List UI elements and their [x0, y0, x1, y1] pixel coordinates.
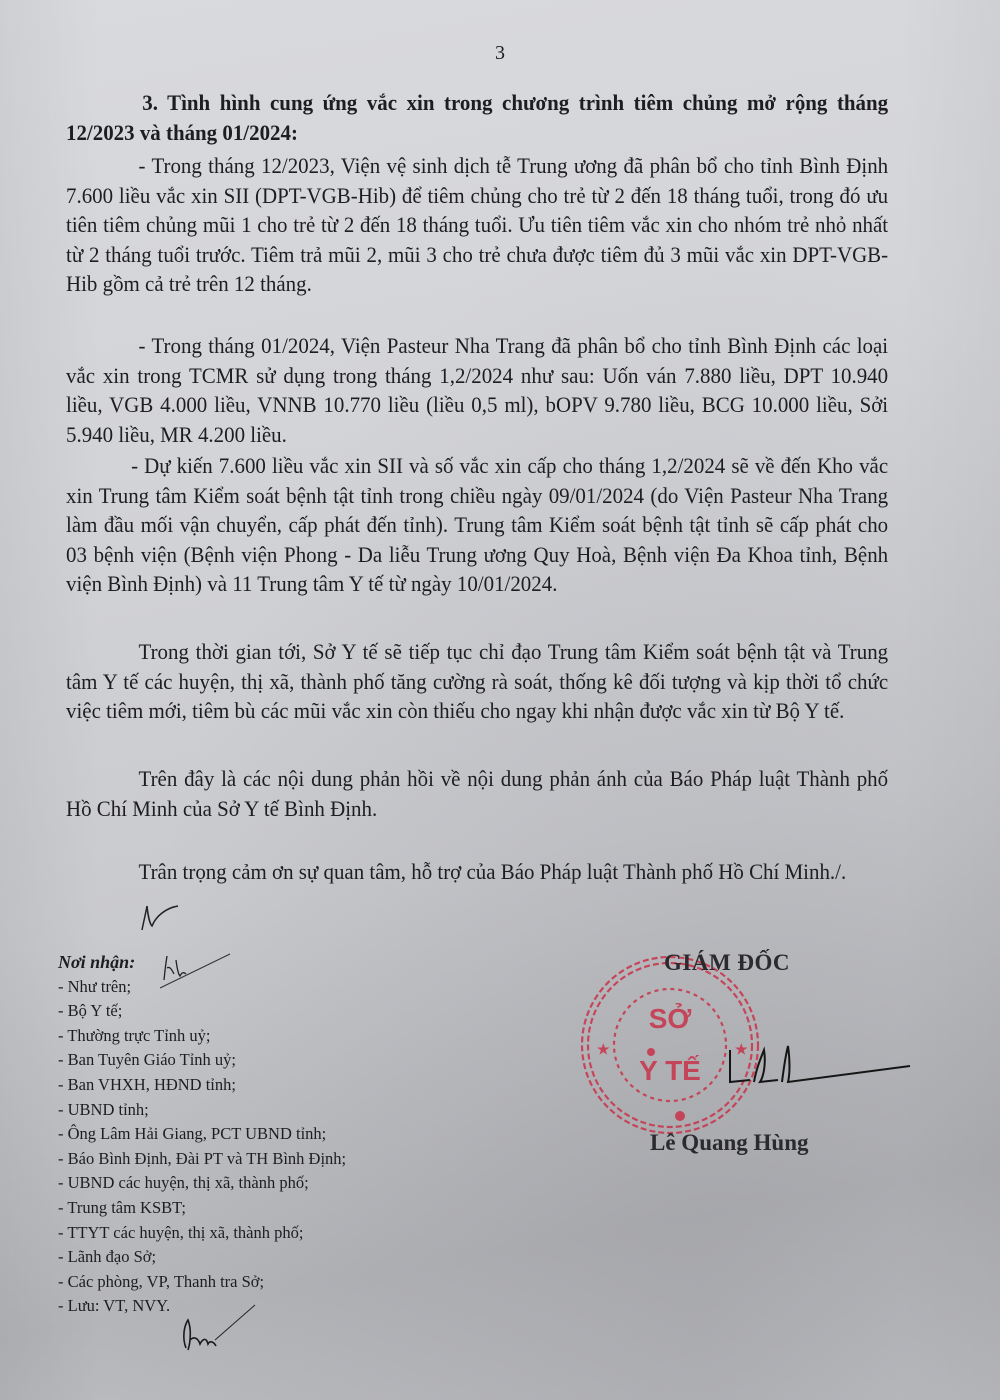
recipients-list: Nơi nhận: - Như trên; - Bộ Y tế; - Thườn…	[58, 950, 346, 1319]
seal-text-bottom: Y TẾ	[639, 1055, 701, 1086]
initial-mark-icon	[138, 896, 183, 936]
clerk-signature-icon	[170, 1300, 270, 1360]
seal-text-top: SỞ	[649, 1002, 692, 1034]
recipient-item: - TTYT các huyện, thị xã, thành phố;	[58, 1221, 346, 1246]
recipient-item: - UBND các huyện, thị xã, thành phố;	[58, 1171, 346, 1196]
recipient-item: - UBND tỉnh;	[58, 1098, 346, 1123]
section-paragraph-2: - Trong tháng 01/2024, Viện Pasteur Nha …	[66, 331, 888, 449]
recipient-item: - Ban VHXH, HĐND tỉnh;	[58, 1073, 346, 1098]
recipient-item: - Các phòng, VP, Thanh tra Sở;	[58, 1270, 346, 1295]
closing-paragraph-3: Trân trọng cảm ơn sự quan tâm, hỗ trợ củ…	[66, 857, 888, 887]
signer-position: GIÁM ĐỐC	[664, 950, 790, 976]
section-paragraph-3: - Dự kiến 7.600 liều vắc xin SII và số v…	[66, 451, 888, 599]
recipients-items: - Như trên; - Bộ Y tế; - Thường trực Tỉn…	[58, 975, 346, 1319]
recipient-item: - Ban Tuyên Giáo Tỉnh uỷ;	[58, 1048, 346, 1073]
recipient-item: - Lãnh đạo Sở;	[58, 1245, 346, 1270]
closing-paragraph-2: Trên đây là các nội dung phản hồi về nội…	[66, 764, 888, 823]
page-number: 3	[0, 42, 1000, 65]
closing-paragraph-1: Trong thời gian tới, Sở Y tế sẽ tiếp tục…	[66, 637, 888, 726]
recipient-item: - Bộ Y tế;	[58, 999, 346, 1024]
signer-name: Lê Quang Hùng	[650, 1130, 809, 1156]
section-heading: 3. Tình hình cung ứng vắc xin trong chươ…	[66, 88, 888, 147]
section-paragraph-1: - Trong tháng 12/2023, Viện vệ sinh dịch…	[66, 151, 888, 299]
svg-text:★: ★	[597, 1041, 610, 1057]
recipient-item: - Báo Bình Định, Đài PT và TH Bình Định;	[58, 1147, 346, 1172]
recipient-item: - Thường trực Tỉnh uỷ;	[58, 1024, 346, 1049]
initial-signature-icon	[150, 948, 235, 993]
director-signature-icon	[720, 1010, 920, 1100]
recipient-item: - Trung tâm KSBT;	[58, 1196, 346, 1221]
recipient-item: - Ông Lâm Hải Giang, PCT UBND tỉnh;	[58, 1122, 346, 1147]
